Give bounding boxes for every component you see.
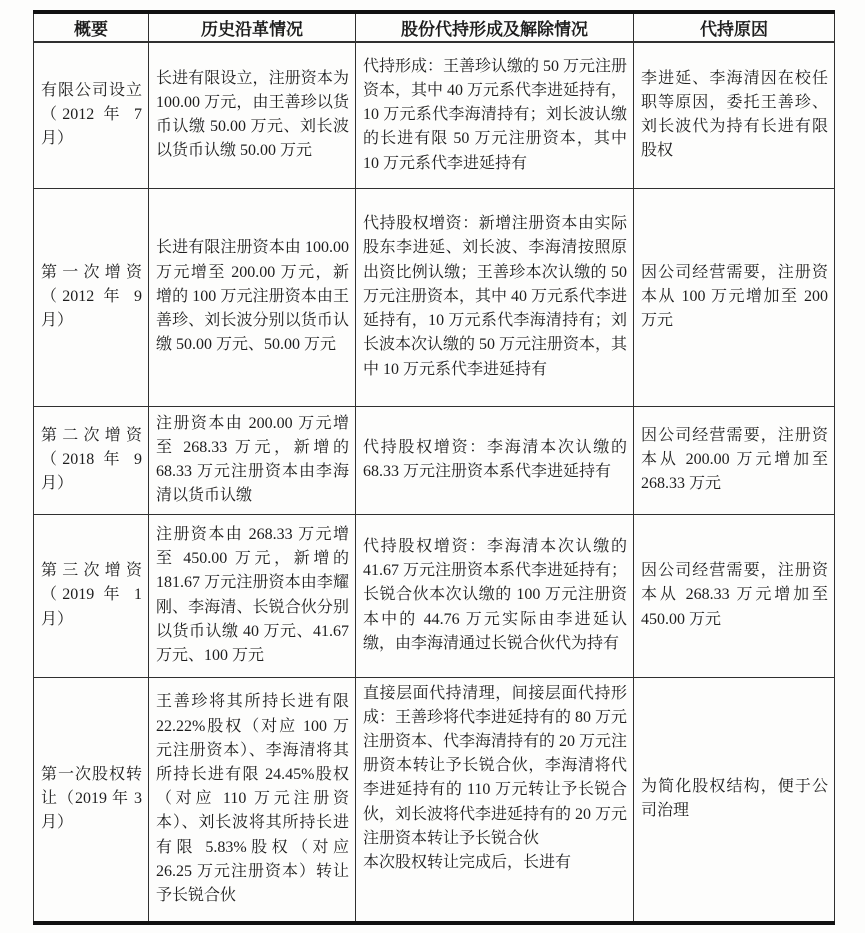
- cell-reason: 因公司经营需要，注册资本从 200.00 万元增加至 268.33 万元: [634, 406, 835, 514]
- header-summary: 概要: [34, 12, 149, 42]
- cell-holding: 代持形成：王善珍认缴的 50 万元注册资本，其中 40 万元系代李进延持有，10…: [356, 42, 634, 188]
- header-row: 概要 历史沿革情况 股份代持形成及解除情况 代持原因: [34, 12, 835, 42]
- cell-holding: 代持股权增资：新增注册资本由实际股东李进延、刘长波、李海清按照原出资比例认缴；王…: [356, 188, 634, 406]
- cell-holding: 代持股权增资：李海清本次认缴的 41.67 万元注册资本系代李进延持有；长锐合伙…: [356, 514, 634, 677]
- table-row-first-capital-increase: 第一次增资（2012 年 9 月） 长进有限注册资本由 100.00 万元增至 …: [34, 188, 835, 406]
- cell-summary: 第一次增资（2012 年 9 月）: [34, 188, 149, 406]
- table-row-company-founding: 有限公司设立（2012 年 7 月） 长进有限设立，注册资本为 100.00 万…: [34, 42, 835, 188]
- cell-history: 注册资本由 268.33 万元增至 450.00 万元，新增的 181.67 万…: [149, 514, 356, 677]
- cell-holding: 直接层面代持清理，间接层面代持形成：王善珍将代李进延持有的 80 万元注册资本、…: [356, 677, 634, 923]
- cell-history: 王善珍将其所持长进有限 22.22%股权（对应 100 万元注册资本）、李海清将…: [149, 677, 356, 923]
- cell-history: 长进有限设立，注册资本为 100.00 万元，由王善珍以货币认缴 50.00 万…: [149, 42, 356, 188]
- header-reason: 代持原因: [634, 12, 835, 42]
- table-row-first-equity-transfer: 第一次股权转让（2019 年 3 月） 王善珍将其所持长进有限 22.22%股权…: [34, 677, 835, 923]
- cell-holding: 代持股权增资：李海清本次认缴的 68.33 万元注册资本系代李进延持有: [356, 406, 634, 514]
- cell-summary: 有限公司设立（2012 年 7 月）: [34, 42, 149, 188]
- document-page: 概要 历史沿革情况 股份代持形成及解除情况 代持原因 有限公司设立（2012 年…: [33, 10, 835, 925]
- holding-paragraph-2: 本次股权转让完成后，长进有: [363, 851, 627, 875]
- cell-reason: 因公司经营需要，注册资本从 268.33 万元增加至 450.00 万元: [634, 514, 835, 677]
- share-nominee-holding-table: 概要 历史沿革情况 股份代持形成及解除情况 代持原因 有限公司设立（2012 年…: [33, 10, 835, 925]
- table-row-second-capital-increase: 第二次增资（2018 年 9 月） 注册资本由 200.00 万元增至 268.…: [34, 406, 835, 514]
- table-row-third-capital-increase: 第三次增资（2019 年 1 月） 注册资本由 268.33 万元增至 450.…: [34, 514, 835, 677]
- cell-history: 注册资本由 200.00 万元增至 268.33 万元，新增的 68.33 万元…: [149, 406, 356, 514]
- cell-reason: 为简化股权结构，便于公司治理: [634, 677, 835, 923]
- cell-reason: 李进延、李海清因在校任职等原因，委托王善珍、刘长波代为持有长进有限股权: [634, 42, 835, 188]
- header-history: 历史沿革情况: [149, 12, 356, 42]
- cell-history: 长进有限注册资本由 100.00 万元增至 200.00 万元，新增的 100 …: [149, 188, 356, 406]
- header-holding: 股份代持形成及解除情况: [356, 12, 634, 42]
- cell-reason: 因公司经营需要，注册资本从 100 万元增加至 200 万元: [634, 188, 835, 406]
- cell-summary: 第二次增资（2018 年 9 月）: [34, 406, 149, 514]
- cell-summary: 第一次股权转让（2019 年 3 月）: [34, 677, 149, 923]
- holding-paragraph-1: 直接层面代持清理，间接层面代持形成：王善珍将代李进延持有的 80 万元注册资本、…: [363, 682, 627, 851]
- cell-summary: 第三次增资（2019 年 1 月）: [34, 514, 149, 677]
